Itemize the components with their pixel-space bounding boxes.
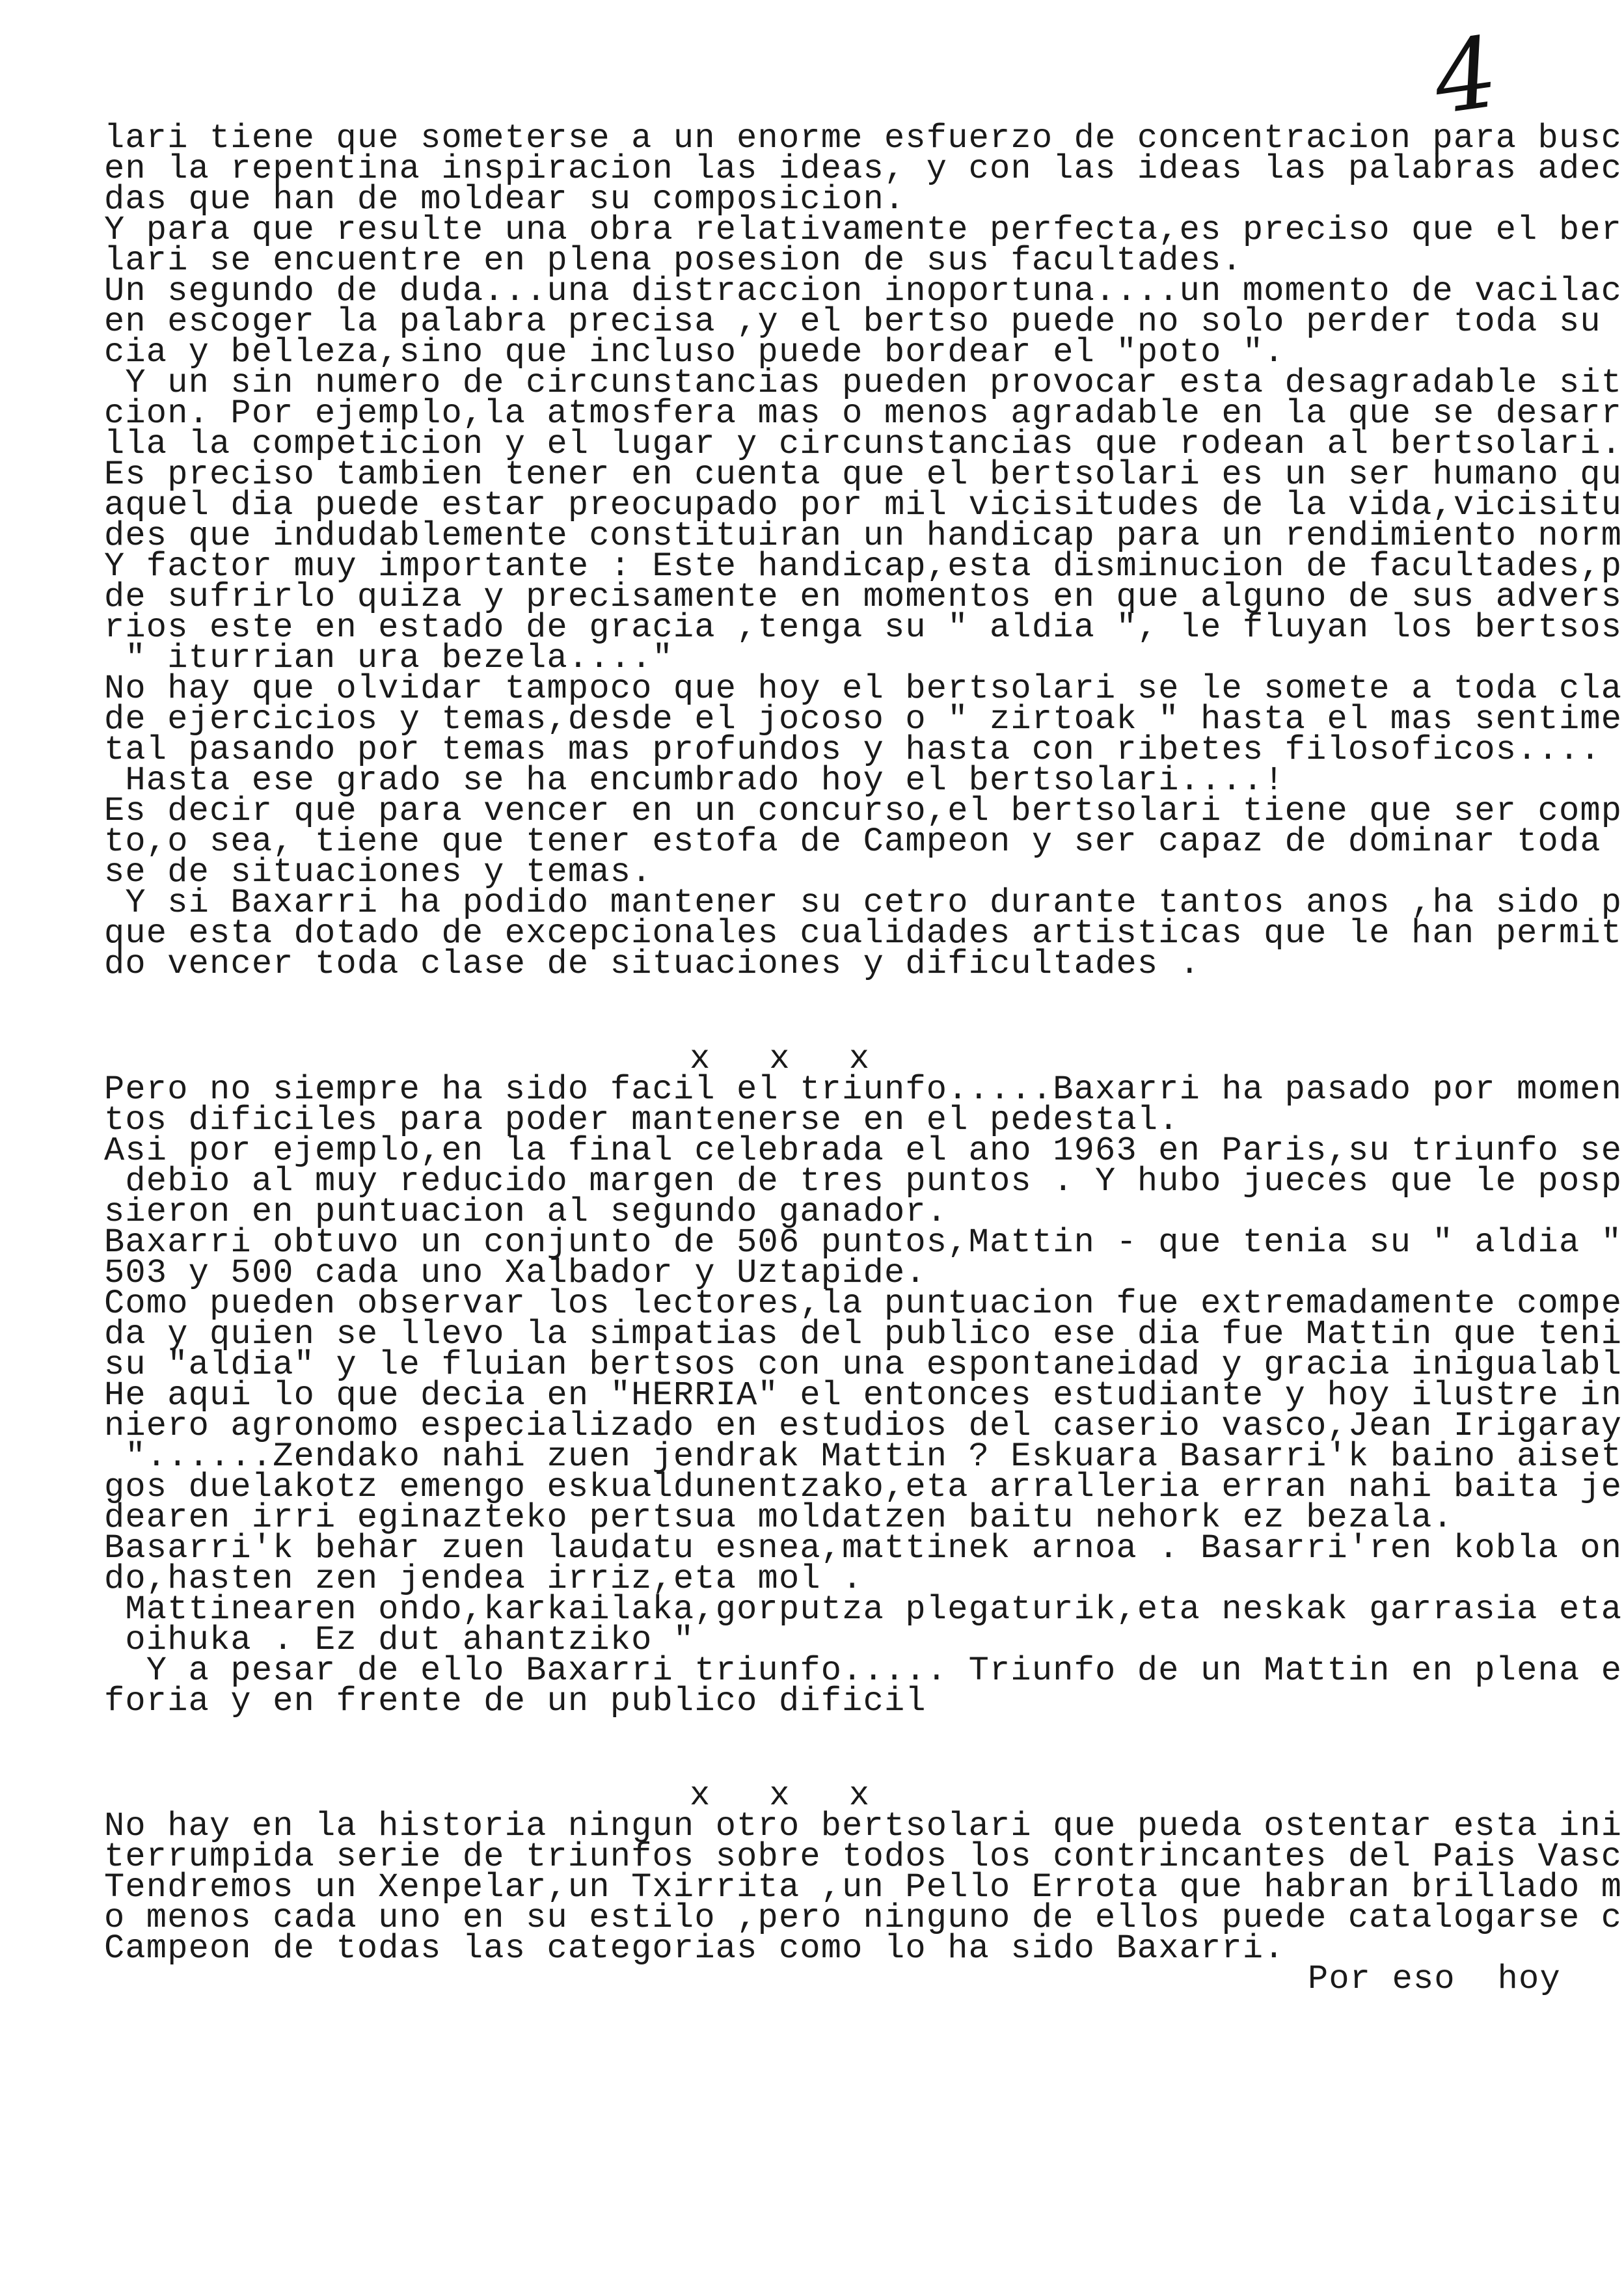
document-page: 4 lari tiene que someterse a un enorme e… [0,0,1624,2282]
text-line: Campeon de todas las categorias como lo … [104,1931,1285,1967]
closing-fragment: Por eso hoy [1308,1961,1561,1998]
text-line: do vencer toda clase de situaciones y di… [104,946,1200,983]
text-line: foria y en frente de un publico dificil [104,1683,927,1720]
page-number: 4 [1427,16,1504,137]
